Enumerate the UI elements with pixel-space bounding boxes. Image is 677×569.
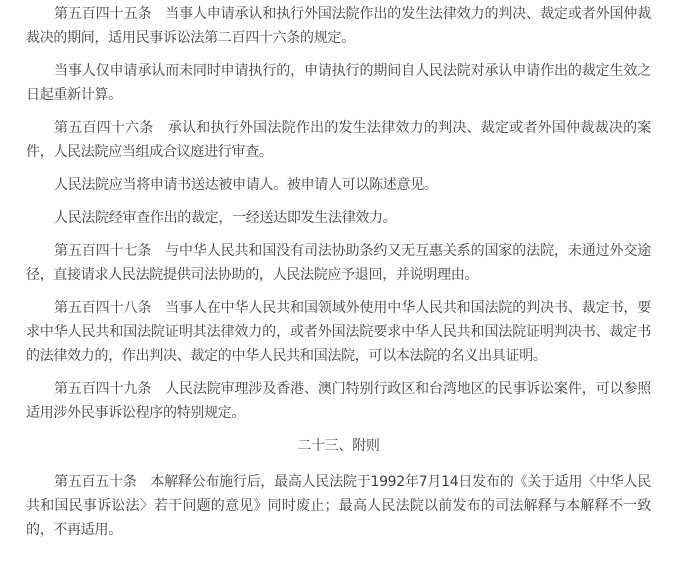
legal-paragraph-article-546-clause-3: 人民法院经审查作出的裁定，一经送达即发生法律效力。 xyxy=(26,206,651,230)
legal-paragraph-article-545: 第五百四十五条 当事人申请承认和执行外国法院作出的发生法律效力的判决、裁定或者外… xyxy=(26,2,651,50)
legal-paragraph-article-548: 第五百四十八条 当事人在中华人民共和国领域外使用中华人民共和国法院的判决书、裁定… xyxy=(26,296,651,368)
section-heading-supplementary-provisions: 二十三、附则 xyxy=(26,434,651,458)
legal-paragraph-article-546-clause-2: 人民法院应当将申请书送达被申请人。被申请人可以陈述意见。 xyxy=(26,173,651,197)
legal-paragraph-article-549: 第五百四十九条 人民法院审理涉及香港、澳门特别行政区和台湾地区的民事诉讼案件，可… xyxy=(26,377,651,425)
legal-paragraph-article-546: 第五百四十六条 承认和执行外国法院作出的发生法律效力的判决、裁定或者外国仲裁裁决… xyxy=(26,116,651,164)
legal-document-page: 第五百四十五条 当事人申请承认和执行外国法院作出的发生法律效力的判决、裁定或者外… xyxy=(0,0,677,569)
legal-paragraph-article-545-clause-2: 当事人仅申请承认而未同时申请执行的，申请执行的期间自人民法院对承认申请作出的裁定… xyxy=(26,59,651,107)
legal-paragraph-article-550: 第五百五十条 本解释公布施行后，最高人民法院于1992年7月14日发布的《关于适… xyxy=(26,470,651,542)
legal-paragraph-article-547: 第五百四十七条 与中华人民共和国没有司法协助条约又无互惠关系的国家的法院，未通过… xyxy=(26,239,651,287)
